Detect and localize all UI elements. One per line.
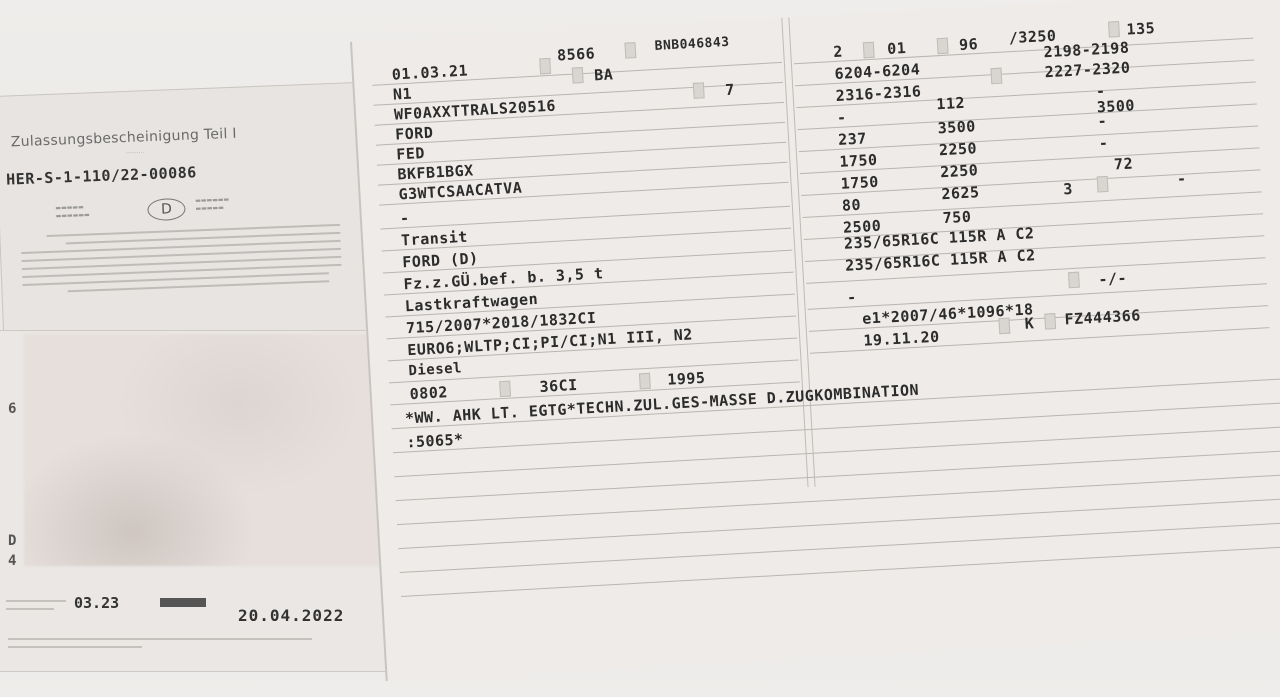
field-dash: - (847, 288, 858, 307)
variant: BA (594, 65, 614, 84)
field-dash: - (1176, 170, 1187, 189)
manufacturer-code: 8566 (557, 44, 596, 64)
top-value-2: 135 (1126, 19, 1156, 39)
blank-field: - (399, 209, 410, 228)
code-k: K (1024, 314, 1035, 333)
country-oval-badge: D (147, 198, 186, 221)
inspection-section: 03.23 20.04.2022 (0, 586, 390, 666)
noise-level: 72 (1114, 154, 1134, 173)
version-code: G3WTCSAACATVA (398, 179, 523, 204)
document-number: FZ444366 (1064, 306, 1141, 328)
document-title: Zulassungsbescheinigung Teil I (10, 126, 237, 151)
seats: 3 (1063, 180, 1074, 199)
displacement: 1995 (667, 369, 706, 389)
registration-form: 01.03.21 8566 BNB046843 N1 BA WF0AXXTTRA… (350, 0, 1280, 681)
trailer-braked: 2625 (941, 183, 980, 203)
axles: 2 (833, 43, 844, 62)
document-header-card: Zulassungsbescheinigung Teil I ·········… (0, 82, 377, 348)
remarks-line-2: :5065* (406, 430, 464, 451)
emission-code: 36CI (539, 376, 578, 396)
document-subtitle-fine-print: ·········· (125, 149, 144, 157)
next-inspection-date: 03.23 (74, 594, 119, 612)
axle-load-2b: 2250 (940, 161, 979, 181)
dimension-range: 2227-2320 (1044, 58, 1131, 81)
manufacturer: FORD (D) (402, 249, 479, 271)
make: FORD (395, 124, 434, 144)
field-dash: - (836, 108, 847, 127)
mass-3500: 3500 (937, 117, 976, 137)
axle-load-2: 1750 (840, 173, 879, 193)
registration-number: HER-S-1-110/22-00086 (6, 163, 197, 188)
trailer-750: 750 (942, 208, 972, 228)
axle-code: 01 (887, 39, 907, 58)
inspection-label-fine-print (6, 600, 66, 616)
dimension-width: 2198-2198 (1043, 39, 1130, 62)
dimension-height: 2316-2316 (835, 82, 922, 105)
vehicle-class: N1 (393, 85, 413, 104)
tank-volume: 80 (841, 196, 861, 215)
edge-char: 6 (8, 402, 16, 416)
issue-date: 20.04.2022 (238, 606, 344, 625)
field-dash: - (1098, 134, 1109, 153)
max-speed: 237 (838, 129, 868, 149)
dimension-length: 6204-6204 (834, 60, 921, 83)
inspection-stamp (160, 598, 206, 607)
eu-label-fine-print: ▬▬▬▬▬▬▬▬▬▬▬ (55, 203, 90, 220)
field-slash-dash: -/- (1098, 269, 1128, 289)
type: FED (396, 144, 426, 164)
type-code: BNB046843 (654, 35, 730, 54)
technical-data-column: 2 01 96 /3250 135 6204-6204 2198-2198 23… (791, 0, 1280, 377)
field-dash: - (1097, 112, 1108, 131)
value-96: 96 (959, 35, 979, 54)
footer-fine-print (8, 638, 328, 654)
edge-char: 4 (8, 554, 16, 568)
redacted-owner-block (24, 334, 382, 566)
legal-fine-print (20, 224, 342, 300)
model: Transit (401, 228, 469, 250)
edge-char: D (8, 534, 16, 548)
registration-date: 19.11.20 (863, 328, 940, 350)
power-kw: 112 (936, 94, 966, 114)
axle-load-1: 1750 (839, 151, 878, 171)
fuel-type: Diesel (408, 360, 462, 379)
country-label-fine-print: ▬▬▬▬▬▬▬▬▬▬▬ (195, 196, 230, 213)
fuel-code: 0802 (409, 383, 448, 403)
axle-load-1b: 2250 (938, 139, 977, 159)
vin-check-digit: 7 (725, 81, 736, 100)
